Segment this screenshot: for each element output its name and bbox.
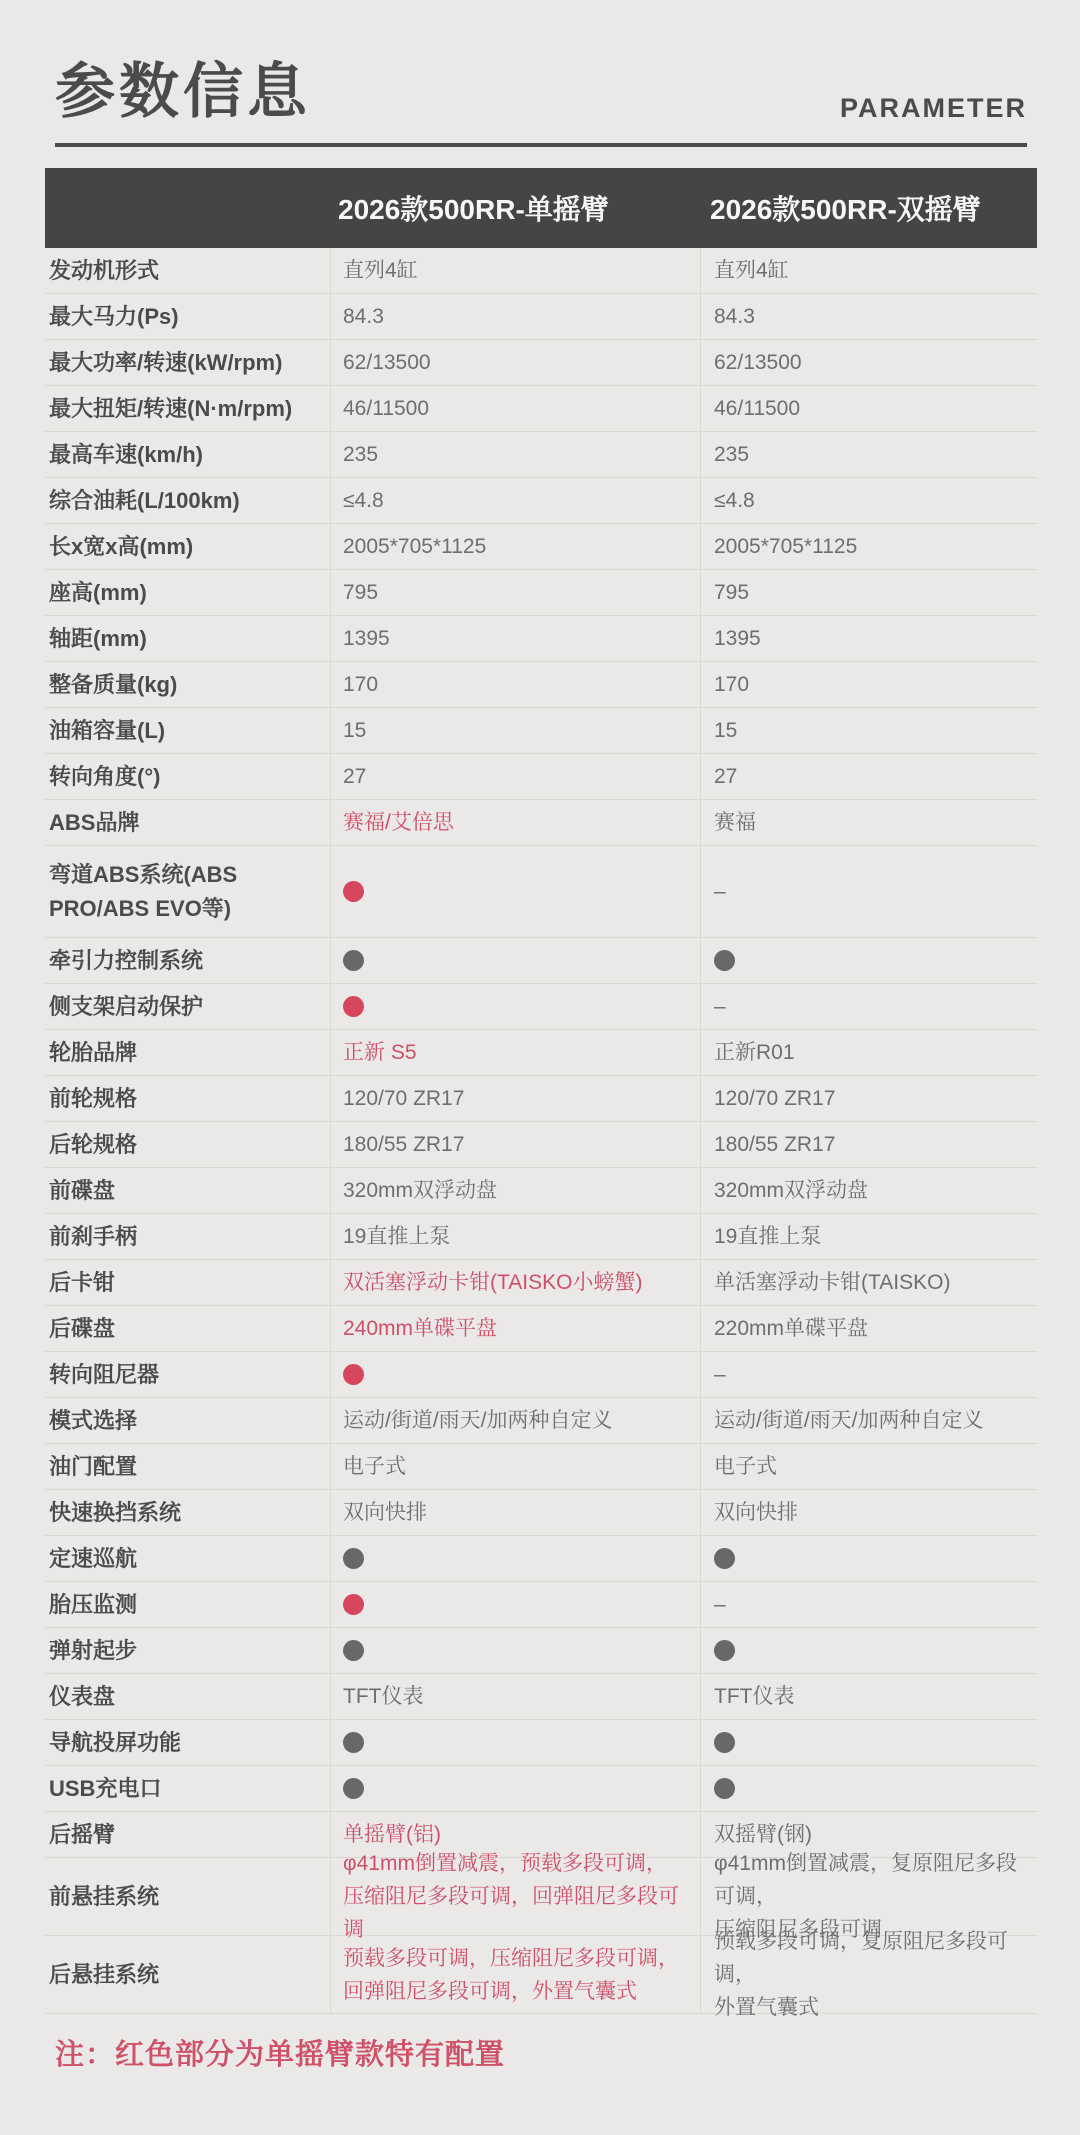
feature-dot-red — [343, 881, 364, 902]
value-double-swingarm: 235 — [700, 432, 1037, 477]
row-label: 综合油耗(L/100km) — [45, 478, 330, 523]
row-label: 快速换挡系统 — [45, 1490, 330, 1535]
table-row: 快速换挡系统 双向快排 双向快排 — [45, 1490, 1037, 1536]
column-header-single-swingarm: 2026款500RR-单摇臂 — [330, 188, 700, 228]
value-single-swingarm: 795 — [330, 570, 700, 615]
row-label: 胎压监测 — [45, 1582, 330, 1627]
feature-dot-gray — [343, 1640, 364, 1661]
row-label: 后碟盘 — [45, 1306, 330, 1351]
value-double-swingarm: 15 — [700, 708, 1037, 753]
table-row: 牵引力控制系统 — [45, 938, 1037, 984]
table-row: 胎压监测 – — [45, 1582, 1037, 1628]
row-label: 前悬挂系统 — [45, 1858, 330, 1935]
value-single-swingarm: 62/13500 — [330, 340, 700, 385]
feature-dot-gray — [343, 1778, 364, 1799]
table-row: 后卡钳 双活塞浮动卡钳(TAISKO小螃蟹) 单活塞浮动卡钳(TAISKO) — [45, 1260, 1037, 1306]
feature-dot-gray — [343, 950, 364, 971]
value-double-swingarm — [700, 1766, 1037, 1811]
value-single-swingarm: 19直推上泵 — [330, 1214, 700, 1259]
row-label: 整备质量(kg) — [45, 662, 330, 707]
value-single-swingarm — [330, 1720, 700, 1765]
value-single-swingarm — [330, 1582, 700, 1627]
table-body: 发动机形式 直列4缸 直列4缸 最大马力(Ps) 84.3 84.3 最大功率/… — [45, 248, 1037, 2014]
row-label: 前碟盘 — [45, 1168, 330, 1213]
value-single-swingarm: 电子式 — [330, 1444, 700, 1489]
value-single-swingarm: 直列4缸 — [330, 248, 700, 293]
row-label: 前刹手柄 — [45, 1214, 330, 1259]
value-single-swingarm: 双活塞浮动卡钳(TAISKO小螃蟹) — [330, 1260, 700, 1305]
row-label: 弹射起步 — [45, 1628, 330, 1673]
value-double-swingarm: 赛福 — [700, 800, 1037, 845]
table-row: 最大扭矩/转速(N·m/rpm) 46/11500 46/11500 — [45, 386, 1037, 432]
value-double-swingarm — [700, 938, 1037, 983]
table-row: 长x宽x高(mm) 2005*705*1125 2005*705*1125 — [45, 524, 1037, 570]
table-row: 前轮规格 120/70 ZR17 120/70 ZR17 — [45, 1076, 1037, 1122]
table-row: 弯道ABS系统(ABS PRO/ABS EVO等) – — [45, 846, 1037, 938]
page-title: 参数信息 — [55, 50, 311, 134]
value-single-swingarm: 双向快排 — [330, 1490, 700, 1535]
table-row: 最大马力(Ps) 84.3 84.3 — [45, 294, 1037, 340]
value-double-swingarm: ≤4.8 — [700, 478, 1037, 523]
table-row: 轴距(mm) 1395 1395 — [45, 616, 1037, 662]
row-label: 牵引力控制系统 — [45, 938, 330, 983]
value-single-swingarm — [330, 1352, 700, 1397]
table-row: 仪表盘 TFT仪表 TFT仪表 — [45, 1674, 1037, 1720]
value-double-swingarm: 170 — [700, 662, 1037, 707]
feature-dot-red — [343, 1594, 364, 1615]
value-double-swingarm: 2005*705*1125 — [700, 524, 1037, 569]
row-label: 后摇臂 — [45, 1812, 330, 1857]
feature-dot-gray — [343, 1732, 364, 1753]
table-row: 后轮规格 180/55 ZR17 180/55 ZR17 — [45, 1122, 1037, 1168]
row-label: 最高车速(km/h) — [45, 432, 330, 477]
value-single-swingarm: 240mm单碟平盘 — [330, 1306, 700, 1351]
table-row: 油门配置 电子式 电子式 — [45, 1444, 1037, 1490]
value-single-swingarm — [330, 1628, 700, 1673]
page-subtitle: PARAMETER — [840, 93, 1027, 124]
value-single-swingarm: 正新 S5 — [330, 1030, 700, 1075]
row-label: ABS品牌 — [45, 800, 330, 845]
table-row: 转向角度(°) 27 27 — [45, 754, 1037, 800]
spec-table: 2026款500RR-单摇臂 2026款500RR-双摇臂 发动机形式 直列4缸… — [45, 168, 1037, 2014]
value-double-swingarm: 正新R01 — [700, 1030, 1037, 1075]
feature-not-available-dash: – — [700, 1582, 1037, 1627]
row-label: 侧支架启动保护 — [45, 984, 330, 1029]
table-row: 后悬挂系统 预载多段可调，压缩阻尼多段可调， 回弹阻尼多段可调，外置气囊式 预载… — [45, 1936, 1037, 2014]
value-double-swingarm: 120/70 ZR17 — [700, 1076, 1037, 1121]
row-label: 前轮规格 — [45, 1076, 330, 1121]
value-double-swingarm: 单活塞浮动卡钳(TAISKO) — [700, 1260, 1037, 1305]
row-label: 最大功率/转速(kW/rpm) — [45, 340, 330, 385]
feature-dot-gray — [343, 1548, 364, 1569]
row-label: 油箱容量(L) — [45, 708, 330, 753]
table-row: 前刹手柄 19直推上泵 19直推上泵 — [45, 1214, 1037, 1260]
feature-dot-gray — [714, 1548, 735, 1569]
table-row: ABS品牌 赛福/艾倍思 赛福 — [45, 800, 1037, 846]
row-label: 导航投屏功能 — [45, 1720, 330, 1765]
value-double-swingarm — [700, 1720, 1037, 1765]
table-row: 油箱容量(L) 15 15 — [45, 708, 1037, 754]
row-label: 后轮规格 — [45, 1122, 330, 1167]
row-label: 仪表盘 — [45, 1674, 330, 1719]
table-row: 导航投屏功能 — [45, 1720, 1037, 1766]
value-single-swingarm — [330, 938, 700, 983]
row-label: 座高(mm) — [45, 570, 330, 615]
value-single-swingarm: 2005*705*1125 — [330, 524, 700, 569]
table-header: 2026款500RR-单摇臂 2026款500RR-双摇臂 — [45, 168, 1037, 248]
row-label: 发动机形式 — [45, 248, 330, 293]
table-row: 最大功率/转速(kW/rpm) 62/13500 62/13500 — [45, 340, 1037, 386]
value-double-swingarm: 预载多段可调，复原阻尼多段可调， 外置气囊式 — [700, 1936, 1037, 2013]
table-row: 后碟盘 240mm单碟平盘 220mm单碟平盘 — [45, 1306, 1037, 1352]
table-row: 最高车速(km/h) 235 235 — [45, 432, 1037, 478]
title-underline — [55, 143, 1027, 147]
table-row: 综合油耗(L/100km) ≤4.8 ≤4.8 — [45, 478, 1037, 524]
value-single-swingarm — [330, 1536, 700, 1581]
row-label: 最大马力(Ps) — [45, 294, 330, 339]
row-label: 最大扭矩/转速(N·m/rpm) — [45, 386, 330, 431]
value-single-swingarm — [330, 846, 700, 937]
value-double-swingarm: 19直推上泵 — [700, 1214, 1037, 1259]
value-double-swingarm — [700, 1536, 1037, 1581]
value-single-swingarm — [330, 984, 700, 1029]
value-double-swingarm: 180/55 ZR17 — [700, 1122, 1037, 1167]
table-row: 发动机形式 直列4缸 直列4缸 — [45, 248, 1037, 294]
value-single-swingarm: TFT仪表 — [330, 1674, 700, 1719]
feature-dot-gray — [714, 1640, 735, 1661]
value-single-swingarm: 运动/街道/雨天/加两种自定义 — [330, 1398, 700, 1443]
value-single-swingarm: 预载多段可调，压缩阻尼多段可调， 回弹阻尼多段可调，外置气囊式 — [330, 1936, 700, 2013]
value-double-swingarm: 62/13500 — [700, 340, 1037, 385]
column-header-double-swingarm: 2026款500RR-双摇臂 — [700, 188, 1037, 228]
value-single-swingarm: 120/70 ZR17 — [330, 1076, 700, 1121]
feature-not-available-dash: – — [700, 1352, 1037, 1397]
row-label: 转向角度(°) — [45, 754, 330, 799]
row-label: 弯道ABS系统(ABS PRO/ABS EVO等) — [45, 846, 330, 937]
feature-not-available-dash: – — [700, 984, 1037, 1029]
feature-dot-gray — [714, 1732, 735, 1753]
value-double-swingarm: 1395 — [700, 616, 1037, 661]
value-double-swingarm: 直列4缸 — [700, 248, 1037, 293]
masthead: 参数信息 PARAMETER — [55, 50, 1027, 134]
value-single-swingarm: φ41mm倒置减震，预载多段可调， 压缩阻尼多段可调，回弹阻尼多段可调 — [330, 1858, 700, 1935]
table-row: 整备质量(kg) 170 170 — [45, 662, 1037, 708]
value-double-swingarm: φ41mm倒置减震，复原阻尼多段可调， 压缩阻尼多段可调 — [700, 1858, 1037, 1935]
value-single-swingarm — [330, 1766, 700, 1811]
table-row: USB充电口 — [45, 1766, 1037, 1812]
value-single-swingarm: 46/11500 — [330, 386, 700, 431]
feature-dot-gray — [714, 950, 735, 971]
row-label: 转向阻尼器 — [45, 1352, 330, 1397]
row-label: 模式选择 — [45, 1398, 330, 1443]
row-label: 后卡钳 — [45, 1260, 330, 1305]
table-row: 前碟盘 320mm双浮动盘 320mm双浮动盘 — [45, 1168, 1037, 1214]
value-single-swingarm: ≤4.8 — [330, 478, 700, 523]
value-double-swingarm: 46/11500 — [700, 386, 1037, 431]
value-double-swingarm: TFT仪表 — [700, 1674, 1037, 1719]
table-row: 轮胎品牌 正新 S5 正新R01 — [45, 1030, 1037, 1076]
value-double-swingarm: 320mm双浮动盘 — [700, 1168, 1037, 1213]
table-row: 座高(mm) 795 795 — [45, 570, 1037, 616]
value-single-swingarm: 15 — [330, 708, 700, 753]
table-row: 弹射起步 — [45, 1628, 1037, 1674]
value-double-swingarm: 运动/街道/雨天/加两种自定义 — [700, 1398, 1037, 1443]
row-label: 长x宽x高(mm) — [45, 524, 330, 569]
value-double-swingarm — [700, 1628, 1037, 1673]
feature-dot-gray — [714, 1778, 735, 1799]
feature-not-available-dash: – — [700, 846, 1037, 937]
feature-dot-red — [343, 1364, 364, 1385]
footnote: 注：红色部分为单摇臂款特有配置 — [55, 2032, 505, 2073]
row-label: 油门配置 — [45, 1444, 330, 1489]
value-single-swingarm: 84.3 — [330, 294, 700, 339]
row-label: 后悬挂系统 — [45, 1936, 330, 2013]
row-label: 轴距(mm) — [45, 616, 330, 661]
value-double-swingarm: 84.3 — [700, 294, 1037, 339]
value-single-swingarm: 1395 — [330, 616, 700, 661]
row-label: USB充电口 — [45, 1766, 330, 1811]
value-single-swingarm: 235 — [330, 432, 700, 477]
row-label: 定速巡航 — [45, 1536, 330, 1581]
value-single-swingarm: 170 — [330, 662, 700, 707]
value-double-swingarm: 795 — [700, 570, 1037, 615]
value-single-swingarm: 180/55 ZR17 — [330, 1122, 700, 1167]
feature-dot-red — [343, 996, 364, 1017]
value-double-swingarm: 220mm单碟平盘 — [700, 1306, 1037, 1351]
value-single-swingarm: 赛福/艾倍思 — [330, 800, 700, 845]
value-double-swingarm: 双向快排 — [700, 1490, 1037, 1535]
parameter-sheet: 参数信息 PARAMETER 2026款500RR-单摇臂 2026款500RR… — [0, 0, 1080, 2135]
table-row: 侧支架启动保护 – — [45, 984, 1037, 1030]
table-row: 转向阻尼器 – — [45, 1352, 1037, 1398]
table-row: 定速巡航 — [45, 1536, 1037, 1582]
value-double-swingarm: 电子式 — [700, 1444, 1037, 1489]
row-label: 轮胎品牌 — [45, 1030, 330, 1075]
table-row: 模式选择 运动/街道/雨天/加两种自定义 运动/街道/雨天/加两种自定义 — [45, 1398, 1037, 1444]
value-single-swingarm: 27 — [330, 754, 700, 799]
value-double-swingarm: 27 — [700, 754, 1037, 799]
value-single-swingarm: 320mm双浮动盘 — [330, 1168, 700, 1213]
